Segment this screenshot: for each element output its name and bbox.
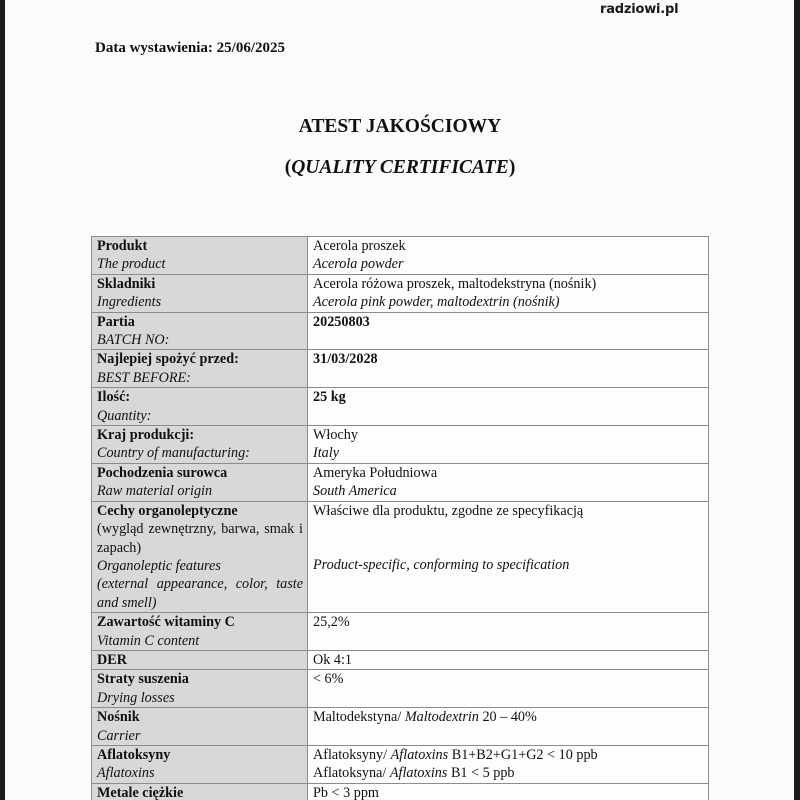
table-row-organoleptic: Cechy organoleptyczne (wygląd zewnętrzny… [92,501,709,612]
value-cell: 25 kg [308,388,709,426]
label-cell: Nośnik Carrier [92,708,308,746]
label-cell: Partia BATCH NO: [92,312,308,350]
label-cell: Straty suszenia Drying losses [92,670,308,708]
label-pl: Partia [97,313,303,331]
label-en: BATCH NO: [97,331,303,349]
label-cell: Pochodzenia surowca Raw material origin [92,463,308,501]
label-pl: Zawartość witaminy C [97,613,303,631]
label-pl: Nośnik [97,708,303,726]
label-en: Ingredients [97,293,303,311]
label-cell: Metale ciężkie [92,783,308,800]
carrier-value: Maltodekstyna/ Maltodextrin 20 – 40% [313,708,704,726]
value-pl: Aflatoksyna/ [313,765,386,781]
label-en-sub: (external appearance, color, taste and s… [97,575,303,612]
value-en: Aflatoxins [391,747,449,763]
label-cell: Aflatoksyny Aflatoxins [92,745,308,783]
value-pl: Acerola proszek [313,237,704,255]
label-en: Vitamin C content [97,632,303,650]
label-pl: Ilość: [97,388,303,406]
value-cell: Ameryka Południowa South America [308,463,709,501]
table-row-der: DER Ok 4:1 [92,650,709,669]
drying-losses-value: < 6% [313,670,704,688]
label-pl: Aflatoksyny [97,746,303,764]
label-cell: Ilość: Quantity: [92,388,308,426]
label-cell: Skladniki Ingredients [92,274,308,312]
label-pl: Cechy organoleptyczne [97,502,303,520]
label-pl: Skladniki [97,275,303,293]
label-pl: Najlepiej spożyć przed: [97,350,303,368]
label-cell: DER [92,650,308,669]
value-cell: 31/03/2028 [308,350,709,388]
value-en: South America [313,482,704,500]
value-suffix: 20 – 40% [479,709,537,725]
table-row-origin: Pochodzenia surowca Raw material origin … [92,463,709,501]
label-pl: Produkt [97,237,303,255]
value-en: Maltodextrin [405,709,479,725]
certificate-table: Produkt The product Acerola proszek Acer… [91,236,709,800]
label-en: Drying losses [97,689,303,707]
value-pl: Aflatoksyny/ [313,747,387,763]
value-pl: Maltodekstyna/ [313,709,401,725]
vitamin-c-value: 25,2% [313,613,704,631]
value-cell: 25,2% [308,613,709,651]
value-cell: Acerola proszek Acerola powder [308,237,709,275]
aflatoxins-line-1: Aflatoksyny/ Aflatoxins B1+B2+G1+G2 < 10… [313,746,704,764]
value-en: Acerola powder [313,255,704,273]
value-cell: Acerola różowa proszek, maltodekstryna (… [308,274,709,312]
label-en: Quantity: [97,407,303,425]
value-en: Product-specific, conforming to specific… [313,556,704,574]
table-row-aflatoxins: Aflatoksyny Aflatoxins Aflatoksyny/ Afla… [92,745,709,783]
table-row-drying-losses: Straty suszenia Drying losses < 6% [92,670,709,708]
value-cell: Właściwe dla produktu, zgodne ze specyfi… [308,501,709,612]
subtitle-text: QUALITY CERTIFICATE [291,157,509,178]
label-en: Raw material origin [97,482,303,500]
table-row-heavy-metals: Metale ciężkie Pb < 3 ppm [92,783,709,800]
value-cell: Maltodekstyna/ Maltodextrin 20 – 40% [308,708,709,746]
value-suffix: B1+B2+G1+G2 < 10 ppb [448,747,597,763]
value-pl: Włochy [313,426,704,444]
label-pl: Pochodzenia surowca [97,464,303,482]
issue-date: Data wystawienia: 25/06/2025 [95,40,285,57]
table-row-best-before: Najlepiej spożyć przed: BEST BEFORE: 31/… [92,350,709,388]
table-row-country: Kraj produkcji: Country of manufacturing… [92,426,709,464]
best-before-date: 31/03/2028 [313,350,704,368]
aflatoxins-line-2: Aflatoksyna/ Aflatoxins B1 < 5 ppb [313,764,704,782]
label-en: Carrier [97,727,303,745]
value-en: Italy [313,444,704,462]
value-pl: Acerola różowa proszek, maltodekstryna (… [313,275,704,293]
label-pl: Straty suszenia [97,670,303,688]
label-en: Aflatoxins [97,764,303,782]
value-pl: Ameryka Południowa [313,464,704,482]
label-en: The product [97,255,303,273]
value-cell: Aflatoksyny/ Aflatoxins B1+B2+G1+G2 < 10… [308,745,709,783]
table-row-quantity: Ilość: Quantity: 25 kg [92,388,709,426]
label-cell: Najlepiej spożyć przed: BEST BEFORE: [92,350,308,388]
der-value: Ok 4:1 [313,651,704,669]
subtitle-paren-close: ) [509,157,516,178]
value-cell: < 6% [308,670,709,708]
value-cell: Włochy Italy [308,426,709,464]
value-en: Aflatoxins [390,765,448,781]
label-en: Organoleptic features [97,557,303,575]
document-title: ATEST JAKOŚCIOWY [0,116,800,138]
label-cell: Zawartość witaminy C Vitamin C content [92,613,308,651]
value-suffix: B1 < 5 ppb [447,765,514,781]
label-pl: Metale ciężkie [97,784,303,800]
label-pl-sub: (wygląd zewnętrzny, barwa, smak i zapach… [97,520,303,557]
heavy-metals-value: Pb < 3 ppm [313,784,704,800]
table-row-vitamin-c: Zawartość witaminy C Vitamin C content 2… [92,613,709,651]
label-pl: Kraj produkcji: [97,426,303,444]
table-row-carrier: Nośnik Carrier Maltodekstyna/ Maltodextr… [92,708,709,746]
label-pl: DER [97,651,303,669]
label-cell: Produkt The product [92,237,308,275]
label-en: Country of manufacturing: [97,444,303,462]
label-cell: Kraj produkcji: Country of manufacturing… [92,426,308,464]
label-en: BEST BEFORE: [97,369,303,387]
value-cell: Ok 4:1 [308,650,709,669]
quantity-value: 25 kg [313,388,704,406]
table-row-product: Produkt The product Acerola proszek Acer… [92,237,709,275]
value-pl: Właściwe dla produktu, zgodne ze specyfi… [313,502,704,520]
batch-number: 20250803 [313,313,704,331]
table-row-ingredients: Skladniki Ingredients Acerola różowa pro… [92,274,709,312]
brand-logo: radziowi.pl [600,2,678,17]
value-cell: 20250803 [308,312,709,350]
label-cell: Cechy organoleptyczne (wygląd zewnętrzny… [92,501,308,612]
value-en: Acerola pink powder, maltodextrin (nośni… [313,293,704,311]
value-cell: Pb < 3 ppm [308,783,709,800]
document-subtitle: (QUALITY CERTIFICATE) [0,157,800,179]
table-row-batch: Partia BATCH NO: 20250803 [92,312,709,350]
